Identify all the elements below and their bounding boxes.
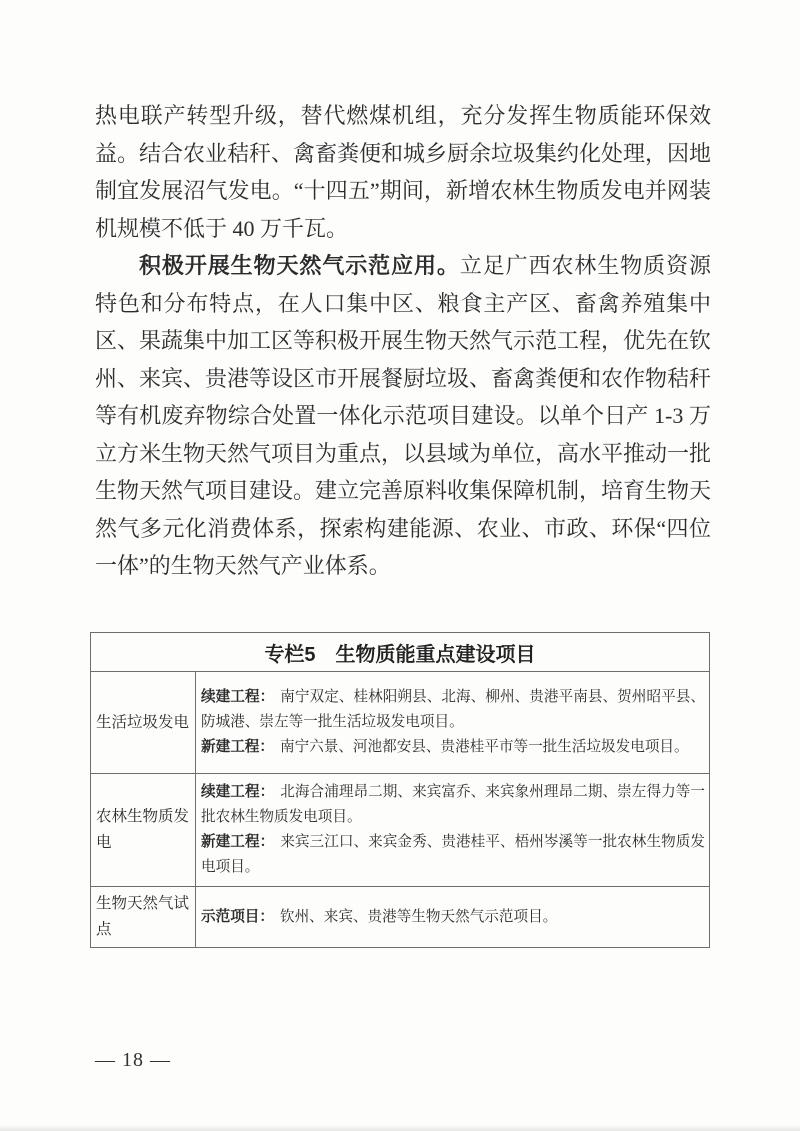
body-text: 热电联产转型升级，替代燃煤机组，充分发挥生物质能环保效益。结合农业秸秆、禽畜粪便… [95,97,711,585]
project-item-lead: 续建工程： [201,689,274,705]
project-item-text: 北海合浦理昂二期、来宾富乔、来宾象州理昂二期、崇左得力等一批农林生物质发电项目。 [201,784,705,825]
paragraph-text: 立足广西农林生物质资源特色和分布特点，在人口集中区、粮食主产区、畜禽养殖集中区、… [95,253,711,578]
row-content: 续建工程：北海合浦理昂二期、来宾富乔、来宾象州理昂二期、崇左得力等一批农林生物质… [196,774,710,887]
project-item-lead: 续建工程： [201,784,274,800]
row-content: 示范项目：钦州、来宾、贵港等生物天然气示范项目。 [196,887,710,948]
table-row: 农林生物质发电 续建工程：北海合浦理昂二期、来宾富乔、来宾象州理昂二期、崇左得力… [91,774,710,887]
project-item: 示范项目：钦州、来宾、贵港等生物天然气示范项目。 [201,905,705,930]
project-item-text: 钦州、来宾、贵港等生物天然气示范项目。 [280,909,557,925]
project-item-lead: 示范项目： [201,909,274,925]
project-item-text: 南宁六景、河池都安县、贵港桂平市等一批生活垃圾发电项目。 [280,739,689,755]
project-table: 专栏5 生物质能重点建设项目 生活垃圾发电 续建工程：南宁双定、桂林阳朔县、北海… [90,632,710,948]
table-row: 生活垃圾发电 续建工程：南宁双定、桂林阳朔县、北海、柳州、贵港平南县、贺州昭平县… [91,672,710,774]
project-item-text: 南宁双定、桂林阳朔县、北海、柳州、贵港平南县、贺州昭平县、防城港、崇左等一批生活… [201,689,705,730]
table-title: 专栏5 生物质能重点建设项目 [91,633,710,672]
project-item: 续建工程：南宁双定、桂林阳朔县、北海、柳州、贵港平南县、贺州昭平县、防城港、崇左… [201,685,705,735]
table-header-row: 专栏5 生物质能重点建设项目 [91,633,710,672]
row-label: 生活垃圾发电 [91,672,196,774]
paragraph: 热电联产转型升级，替代燃煤机组，充分发挥生物质能环保效益。结合农业秸秆、禽畜粪便… [95,97,711,247]
paragraph: 积极开展生物天然气示范应用。立足广西农林生物质资源特色和分布特点，在人口集中区、… [95,247,711,585]
project-item-text: 来宾三江口、来宾金秀、贵港桂平、梧州岑溪等一批农林生物质发电项目。 [201,834,705,875]
project-item-lead: 新建工程： [201,739,274,755]
row-label: 生物天然气试点 [91,887,196,948]
project-item: 新建工程：南宁六景、河池都安县、贵港桂平市等一批生活垃圾发电项目。 [201,735,705,760]
paragraph-lead: 积极开展生物天然气示范应用。 [139,253,460,278]
page-number: — 18 — [95,1049,171,1072]
row-label: 农林生物质发电 [91,774,196,887]
project-item-lead: 新建工程： [201,834,274,850]
project-item: 续建工程：北海合浦理昂二期、来宾富乔、来宾象州理昂二期、崇左得力等一批农林生物质… [201,780,705,830]
table-row: 生物天然气试点 示范项目：钦州、来宾、贵港等生物天然气示范项目。 [91,887,710,948]
row-content: 续建工程：南宁双定、桂林阳朔县、北海、柳州、贵港平南县、贺州昭平县、防城港、崇左… [196,672,710,774]
paragraph-text: 热电联产转型升级，替代燃煤机组，充分发挥生物质能环保效益。结合农业秸秆、禽畜粪便… [95,103,711,241]
scan-edge-artifact [0,1125,800,1131]
document-page: 热电联产转型升级，替代燃煤机组，充分发挥生物质能环保效益。结合农业秸秆、禽畜粪便… [0,0,800,1131]
project-item: 新建工程：来宾三江口、来宾金秀、贵港桂平、梧州岑溪等一批农林生物质发电项目。 [201,830,705,880]
